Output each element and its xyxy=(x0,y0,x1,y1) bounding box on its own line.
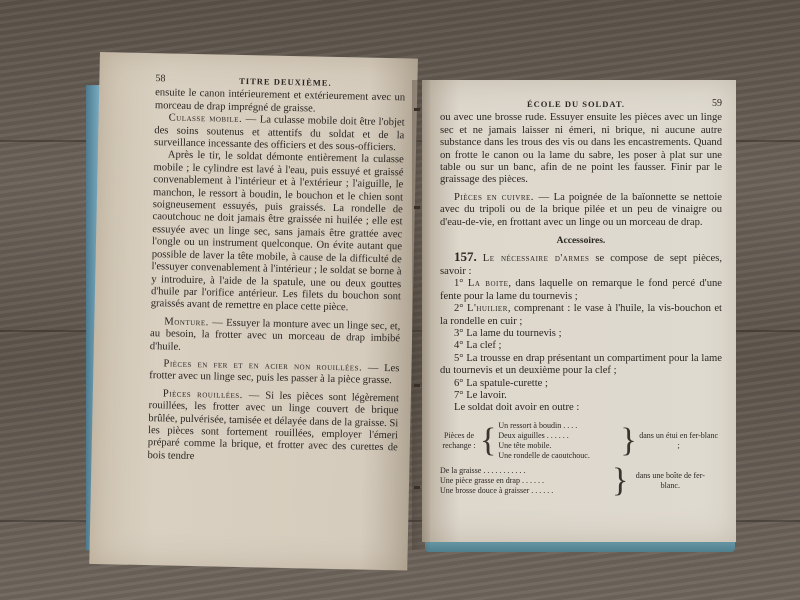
closing-line: Le soldat doit avoir en outre : xyxy=(440,402,722,414)
binding-stitch xyxy=(414,108,420,111)
running-head-title: ÉCOLE DU SOLDAT. xyxy=(527,98,625,110)
list-item: 7° Le lavoir. xyxy=(440,390,722,402)
paragraph: Après le tir, le soldat démonte entièrem… xyxy=(151,150,404,316)
spare-parts-note: dans un étui en fer-blanc ; xyxy=(639,431,719,451)
paragraph: Culasse mobile. — La culasse mobile doit… xyxy=(154,112,405,154)
spare-parts-label: Pièces de rechange : xyxy=(440,431,478,451)
list-item: 1° La boite, dans laquelle on remarque l… xyxy=(440,278,722,303)
section-heading: Accessoires. xyxy=(440,235,722,247)
list-item: 4° La clef ; xyxy=(440,340,722,352)
running-head-title: TITRE DEUXIÈME. xyxy=(239,75,332,89)
article-paragraph: 157. Le nécessaire d'armes se compose de… xyxy=(440,251,722,278)
left-page: 58 TITRE DEUXIÈME. ensuite le canon inté… xyxy=(89,52,418,571)
page-number: 59 xyxy=(712,98,722,110)
brace-glyph: } xyxy=(612,464,628,498)
spare-parts-list: Un ressort à boudin . . . . Deux aiguill… xyxy=(498,421,618,461)
grease-kit-note: dans une boîte de fer-blanc. xyxy=(630,471,710,491)
binding-stitch xyxy=(414,486,420,489)
spare-parts-table: Pièces de rechange : { Un ressort à boud… xyxy=(440,421,722,461)
right-page: ÉCOLE DU SOLDAT. 59 ou avec une brosse r… xyxy=(422,80,736,542)
binding-stitch xyxy=(414,206,420,209)
paragraph: Monture. — Essuyer la monture avec un li… xyxy=(150,316,401,358)
grease-kit-list: De la graisse . . . . . . . . . . . Une … xyxy=(440,466,610,496)
paragraph: Pièces en cuivre. — La poignée de la baï… xyxy=(440,192,722,229)
paragraph: Pièces en fer et en acier non rouillées.… xyxy=(149,358,399,388)
open-book: 58 TITRE DEUXIÈME. ensuite le canon inté… xyxy=(0,0,800,600)
brace-glyph: { xyxy=(480,424,496,458)
brace-glyph: } xyxy=(620,424,636,458)
page-number: 58 xyxy=(155,73,165,86)
book-spine-gutter xyxy=(412,80,430,550)
left-page-text: 58 TITRE DEUXIÈME. ensuite le canon inté… xyxy=(147,73,405,467)
grease-kit-table: De la graisse . . . . . . . . . . . Une … xyxy=(440,464,722,498)
binding-stitch xyxy=(414,384,420,387)
paragraph: ou avec une brosse rude. Essuyer ensuite… xyxy=(440,112,722,186)
list-item: 5° La trousse en drap présentant un comp… xyxy=(440,353,722,378)
paragraph: Pièces rouillées. — Si les pièces sont l… xyxy=(147,388,399,468)
list-item: 2° L'huilier, comprenant : le vase à l'h… xyxy=(440,303,722,328)
running-header: ÉCOLE DU SOLDAT. 59 xyxy=(440,98,722,110)
list-item: 3° La lame du tournevis ; xyxy=(440,328,722,340)
right-page-text: ÉCOLE DU SOLDAT. 59 ou avec une brosse r… xyxy=(440,98,722,498)
list-item: 6° La spatule-curette ; xyxy=(440,378,722,390)
